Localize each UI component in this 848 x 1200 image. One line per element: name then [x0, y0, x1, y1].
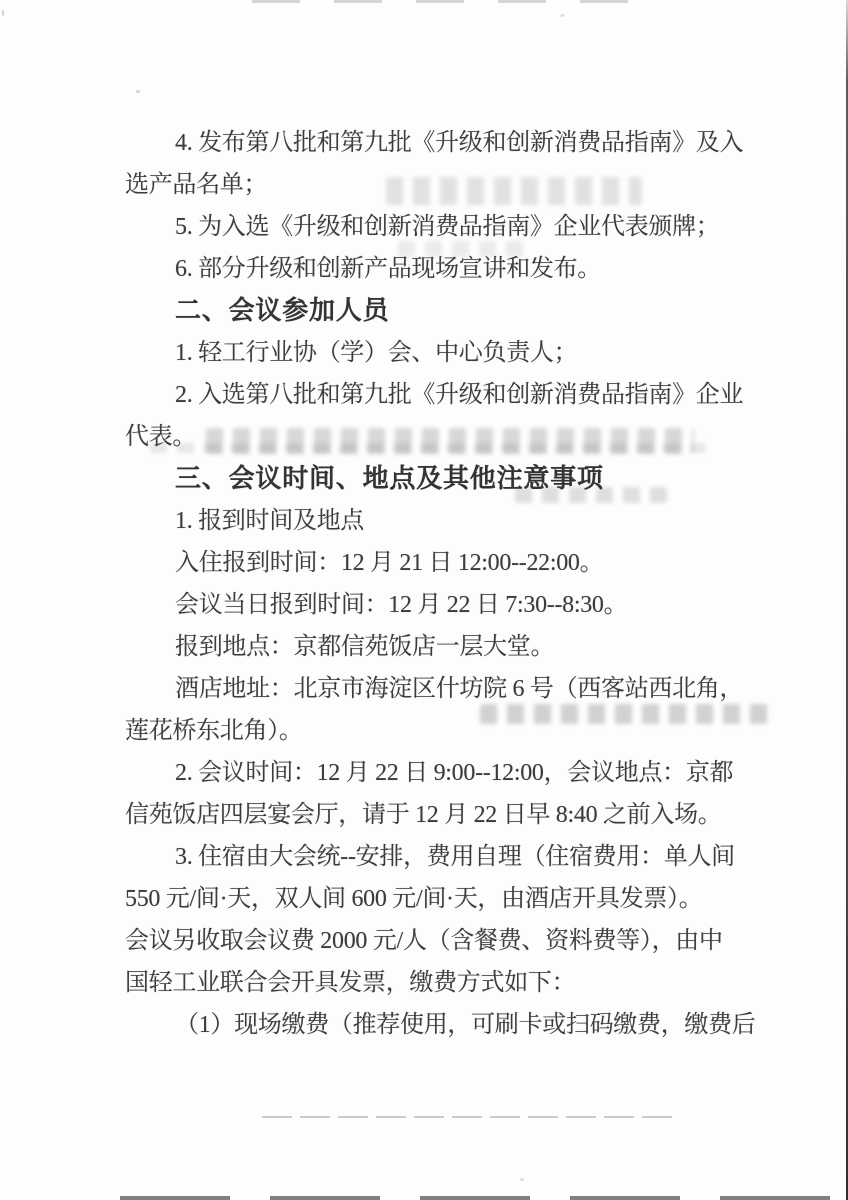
text-line: 会议另收取会议费 2000 元/人（含餐费、资料费等），由中: [125, 920, 765, 962]
text-line: （1）现场缴费（推荐使用，可刷卡或扫码缴费，缴费后: [125, 1004, 765, 1046]
bleed-through-smudge: [386, 177, 642, 205]
text-line: 三、会议时间、地点及其他注意事项: [125, 458, 765, 500]
bleed-through-smudge: [150, 443, 706, 453]
bleed-through-smudge: [480, 704, 774, 724]
document-body: 4. 发布第八批和第九批《升级和创新消费品指南》及入选产品名单；5. 为入选《升…: [125, 122, 765, 1046]
text-line: 3. 住宿由大会统--安排，费用自理（住宿费用：单人间: [125, 836, 765, 878]
scan-artifact-bottom-edge: [120, 1196, 848, 1200]
text-line: 二、会议参加人员: [125, 290, 765, 332]
text-line: 报到地点：京都信苑饭店一层大堂。: [125, 626, 765, 668]
scan-speck: [136, 90, 140, 93]
scanned-document-page: 4. 发布第八批和第九批《升级和创新消费品指南》及入选产品名单；5. 为入选《升…: [0, 0, 848, 1200]
bleed-through-smudge: [515, 487, 667, 503]
text-line: 2. 会议时间：12 月 22 日 9:00--12:00，会议地点：京都: [125, 752, 765, 794]
scan-speck: [560, 14, 565, 17]
scan-speck: [520, 1178, 524, 1181]
text-line: 550 元/间·天，双人间 600 元/间·天，由酒店开具发票）。: [125, 878, 765, 920]
text-line: 入住报到时间：12 月 21 日 12:00--22:00。: [125, 542, 765, 584]
scan-artifact-top-edge: [252, 0, 632, 3]
text-line: 1. 报到时间及地点: [125, 500, 765, 542]
text-line: 4. 发布第八批和第九批《升级和创新消费品指南》及入: [125, 122, 765, 164]
bleed-through-rule: [262, 1116, 674, 1118]
text-line: 信苑饭店四层宴会厅，请于 12 月 22 日早 8:40 之前入场。: [125, 794, 765, 836]
scan-speck: [2, 10, 4, 16]
text-line: 会议当日报到时间：12 月 22 日 7:30--8:30。: [125, 584, 765, 626]
text-line: 1. 轻工行业协（学）会、中心负责人；: [125, 332, 765, 374]
text-line: 国轻工业联合会开具发票，缴费方式如下：: [125, 962, 765, 1004]
bleed-through-smudge: [398, 241, 526, 257]
text-line: 2. 入选第八批和第九批《升级和创新消费品指南》企业: [125, 374, 765, 416]
